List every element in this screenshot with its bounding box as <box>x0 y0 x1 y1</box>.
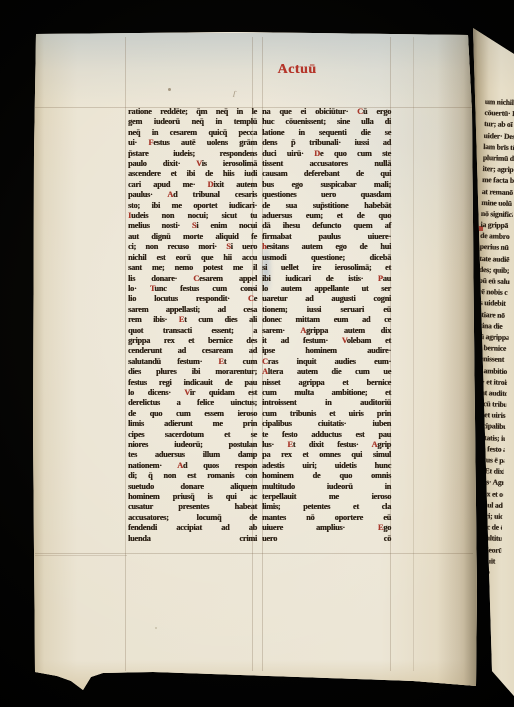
text-line: cum tribunis et uiris prin <box>262 409 391 419</box>
text-line: et bernice <box>476 342 508 354</box>
text-line: uaretur ad augusti cogni <box>262 294 391 304</box>
text-line: stina die <box>477 320 509 332</box>
text-line: dens p̄ tribunali· iussi ad <box>262 138 391 148</box>
running-title: Actuū <box>259 62 335 78</box>
text-line: dā ihesu defuncto quem af <box>262 221 391 231</box>
text-line: tissent accusatores nullā <box>262 159 391 169</box>
text-line: tes aduersus illum damp <box>128 450 257 460</box>
text-line: paulus· Ad tribunal cesaris <box>128 190 257 200</box>
text-line: salutandū festum· Et cum <box>128 357 257 367</box>
text-line: niores iudeorū; postulan <box>128 440 257 450</box>
text-line: duci uirū· De quo cum ste <box>262 149 391 159</box>
ruling-line <box>413 37 414 671</box>
text-line: Cras inquit audies eum· <box>262 357 391 367</box>
text-line: lus· Et dixit <box>472 465 504 477</box>
text-line: si uellet ire ierosolimā; et <box>262 263 391 273</box>
text-line: festus· Agrip <box>471 476 503 488</box>
text-line: dies plures ibi morarentur; <box>128 367 257 377</box>
text-line: uider· Desc <box>483 130 514 142</box>
text-line: hominem priusq̄ is qui ac <box>128 492 257 502</box>
text-line: cipalibus ciuitatis· iuben <box>262 419 391 429</box>
text-line: multitudo iudeorū in <box>262 482 391 492</box>
text-line: p̄stare iudeis; respondens <box>128 149 257 159</box>
text-line: gem iudeorū neq̄ in templū <box>128 117 257 127</box>
text-line: terpellauit me ieroso <box>262 492 391 502</box>
text-line: lo dicens· Vir quidam est <box>128 388 257 398</box>
text-line: ne· et itrois <box>475 376 507 388</box>
text-line: perius nū <box>480 241 512 253</box>
text-line: lis donare· Cesarem appel <box>128 274 257 284</box>
text-line: ci; non recuso mori· Si uero <box>128 242 257 252</box>
text-column-right: na que ei obiciūtur· Cū ergohuc cōueniss… <box>262 107 391 544</box>
text-line: ductus ē pau <box>472 454 504 466</box>
manuscript-page: Actuū ſ ratione reddēte; q̄m neq̄ in leg… <box>33 31 477 693</box>
text-line: Iudeis non nocui; sicut tu <box>128 211 257 221</box>
text-line: sent audito <box>474 387 506 399</box>
parchment-speck <box>155 627 157 629</box>
text-line: latione in sequenti die se <box>262 128 391 138</box>
text-line: bēte festo ad <box>473 443 505 455</box>
text-line: rem ibis· Et cum dies ali <box>128 315 257 325</box>
text-column-left: ratione reddēte; q̄m neq̄ in legem iudeo… <box>128 107 257 544</box>
text-line: te festo adductus est pau <box>262 430 391 440</box>
text-line: pa rex et omnes qui simul <box>262 450 391 460</box>
pen-mark-icon: ſ <box>232 89 237 99</box>
text-line: ipse hominem audire· <box>262 346 391 356</box>
text-line: cipes sacerdotum et se <box>128 430 257 440</box>
text-line: pricipalibus <box>473 420 505 432</box>
text-line: mantes nō oportere eū <box>262 513 391 523</box>
text-line: causam deferebant de qui <box>262 169 391 179</box>
text-line: limis adierunt me prin <box>128 419 257 429</box>
text-line: cū agrippa <box>476 331 508 343</box>
text-line: huc cōuenissent; sine ulla di <box>262 117 391 127</box>
text-line: uiuere amplius· Ego <box>262 523 391 533</box>
text-line: it ad festum· Volebam et <box>262 336 391 346</box>
text-line: sto; ibi me oportet iudicari· <box>128 201 257 211</box>
text-line: cusatur presentes habeat <box>128 502 257 512</box>
text-line: lus· Et dixit festus· Agrip <box>262 440 391 450</box>
text-line: accusatores; locumq̄ de <box>128 513 257 523</box>
text-line: de sua sup̄stitione habebāt <box>262 201 391 211</box>
text-line: sant me; nemo potest me il <box>128 263 257 273</box>
text-line: hesitans autem ego de hui <box>262 242 391 252</box>
text-line: cenderunt ad cesaream ad <box>128 346 257 356</box>
text-line: questiones uero quasdam <box>262 190 391 200</box>
text-line: is uidebit <box>478 297 510 309</box>
text-line: cum multa ambitione; et <box>262 388 391 398</box>
text-line: aduersus eum; et de quo <box>262 211 391 221</box>
text-line: me facta b <box>482 174 514 186</box>
text-line: ciuitatis; iu <box>473 431 505 443</box>
text-line: paulo dixit· Vis ierosolimā <box>128 159 257 169</box>
text-line: di; q̄ non est romanis con <box>128 471 257 481</box>
parchment-speck <box>168 88 171 91</box>
text-line: uero cō <box>262 534 391 544</box>
text-line: derelictus a felice uinctus; <box>128 398 257 408</box>
text-line: bus ego suspicabar mali; <box>262 180 391 190</box>
text-line: uenissent <box>476 353 508 365</box>
text-line: donec mittam eum ad ce <box>262 315 391 325</box>
text-line: tū ambitio <box>475 364 507 376</box>
text-line: rū cū tribu <box>474 398 506 410</box>
text-line: ratione reddēte; q̄m neq̄ in le <box>128 107 257 117</box>
text-line: lo· Tunc festus cum consi <box>128 284 257 294</box>
text-line: limis; petentes et cla <box>262 502 391 512</box>
text-line: nichil est eorū que hii accu <box>128 253 257 263</box>
text-line: hominem de quo omnis <box>262 471 391 481</box>
photo-background: Actuū ſ ratione reddēte; q̄m neq̄ in leg… <box>0 0 514 707</box>
ruling-line <box>35 555 127 556</box>
text-line: adestis uiri; uidetis hunc <box>262 461 391 471</box>
text-line: usmodi questione; dicebā <box>262 253 391 263</box>
text-line: sarem· Agrippa autem dix <box>262 326 391 336</box>
text-line: festus regi indicauit de pau <box>128 378 257 388</box>
text-line: mine uolū <box>481 197 513 209</box>
text-line: ntiare nō <box>477 308 509 320</box>
text-line: tionem; iussi seruari eū <box>262 305 391 315</box>
text-line: at remanō <box>481 185 513 197</box>
text-line: ibi iudicari de istis· Pau <box>262 274 391 284</box>
text-line: quot transacti essent; a <box>128 326 257 336</box>
text-line: de quo cum essem ieroso <box>128 409 257 419</box>
text-line: melius nosti· Si enim nocui <box>128 221 257 231</box>
ruling-line <box>125 37 126 671</box>
text-line: na que ei obiciūtur· Cū ergo <box>262 107 391 117</box>
text-line: lio locutus respondit· Ce <box>128 294 257 304</box>
text-line: ui· Festus autē uolens grām <box>128 138 257 148</box>
text-line: Altera autem die cum ue <box>262 367 391 377</box>
text-line: fendendi accipiat ad ab <box>128 523 257 533</box>
text-line: nisset agrippa et bernice <box>262 378 391 388</box>
text-line: introissent in auditoriū <box>262 398 391 408</box>
text-line: tate audiē <box>479 253 511 265</box>
text-line: aut dignū morte aliquid fe <box>128 232 257 242</box>
text-line: grippa rex et bernice des <box>128 336 257 346</box>
text-line: tur; ab oī <box>484 118 514 130</box>
text-line: neq̄ in cesarem quicq̄ pecca <box>128 128 257 138</box>
ruling-line <box>35 553 473 554</box>
text-line: luenda crimi <box>128 534 257 544</box>
text-line: lo autem appellante ut ser <box>262 284 391 294</box>
text-line: nationem· Ad quos respon <box>128 461 257 471</box>
text-line: ascendere et ibi de hiis iudi <box>128 169 257 179</box>
text-line: firmabat paulus uiuere· <box>262 232 391 242</box>
parchment-discoloration <box>33 33 477 105</box>
text-line: cari apud me· Dixit autem <box>128 180 257 190</box>
text-line: suetudo donare aliquem <box>128 482 257 492</box>
text-line: sarem appellasti; ad cesa <box>128 305 257 315</box>
text-line: nis et uiris <box>474 409 506 421</box>
